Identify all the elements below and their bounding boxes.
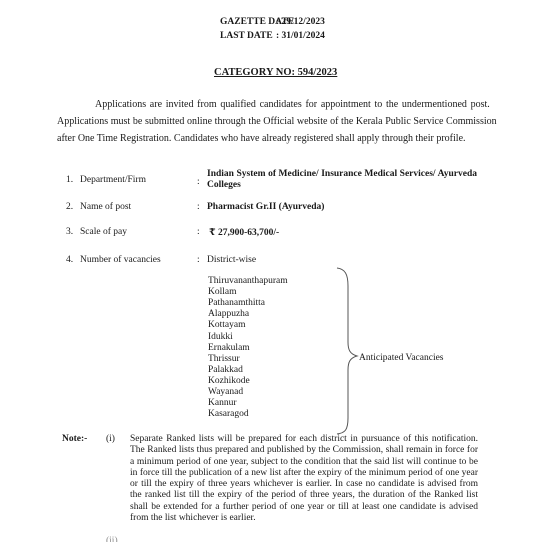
district-item: Kottayam xyxy=(208,320,245,330)
district-item: Palakkad xyxy=(208,365,243,375)
intro-line-1: Applications are invited from qualified … xyxy=(95,99,490,110)
gazette-date-value: : 29/12/2023 xyxy=(276,17,325,27)
district-item: Kollam xyxy=(208,287,237,297)
item-4-label: Number of vacancies xyxy=(80,255,161,265)
district-item: Thiruvananthapuram xyxy=(208,276,288,286)
item-1-colon: : xyxy=(197,177,200,187)
last-date-value: : 31/01/2024 xyxy=(276,31,325,41)
department-value: Indian System of Medicine/ Insurance Med… xyxy=(207,169,477,191)
district-item: Kasaragod xyxy=(208,409,249,419)
anticipated-vacancies-label: Anticipated Vacancies xyxy=(359,353,444,363)
district-item: Idukki xyxy=(208,332,233,342)
district-item: Kannur xyxy=(208,398,237,408)
item-1-number: 1. xyxy=(66,175,73,185)
note-item-2-number: (ii) xyxy=(106,536,118,542)
pay-scale-value: ₹ 27,900-63,700/- xyxy=(209,227,279,238)
vacancies-value: District-wise xyxy=(207,255,256,265)
brace-icon xyxy=(335,266,359,436)
district-item: Kozhikode xyxy=(208,376,250,386)
last-date-label: LAST DATE xyxy=(220,31,276,41)
gazette-date-label: GAZETTE DATE xyxy=(220,17,276,27)
item-3-number: 3. xyxy=(66,227,73,237)
intro-line-2: Applications must be submitted online th… xyxy=(57,116,497,127)
gazette-date: GAZETTE DATE: 29/12/2023 xyxy=(220,17,325,27)
item-2-colon: : xyxy=(197,202,200,212)
district-item: Alappuzha xyxy=(208,309,249,319)
item-2-label: Name of post xyxy=(80,202,131,212)
note-text: Separate Ranked lists will be prepared f… xyxy=(130,434,478,524)
item-4-colon: : xyxy=(197,255,200,265)
category-number: CATEGORY NO: 594/2023 xyxy=(214,67,337,78)
district-item: Ernakulam xyxy=(208,343,250,353)
item-3-colon: : xyxy=(197,227,200,237)
district-item: Wayanad xyxy=(208,387,243,397)
post-name-value: Pharmacist Gr.II (Ayurveda) xyxy=(207,202,324,212)
item-2-number: 2. xyxy=(66,202,73,212)
last-date: LAST DATE: 31/01/2024 xyxy=(220,31,325,41)
item-1-label: Department/Firm xyxy=(80,175,146,185)
district-item: Thrissur xyxy=(208,354,240,364)
note-label: Note:- xyxy=(62,434,87,444)
district-item: Pathanamthitta xyxy=(208,298,265,308)
item-3-label: Scale of pay xyxy=(80,227,127,237)
intro-line-3: after One Time Registration. Candidates … xyxy=(57,133,466,144)
note-item-number: (i) xyxy=(106,434,115,444)
item-4-number: 4. xyxy=(66,255,73,265)
